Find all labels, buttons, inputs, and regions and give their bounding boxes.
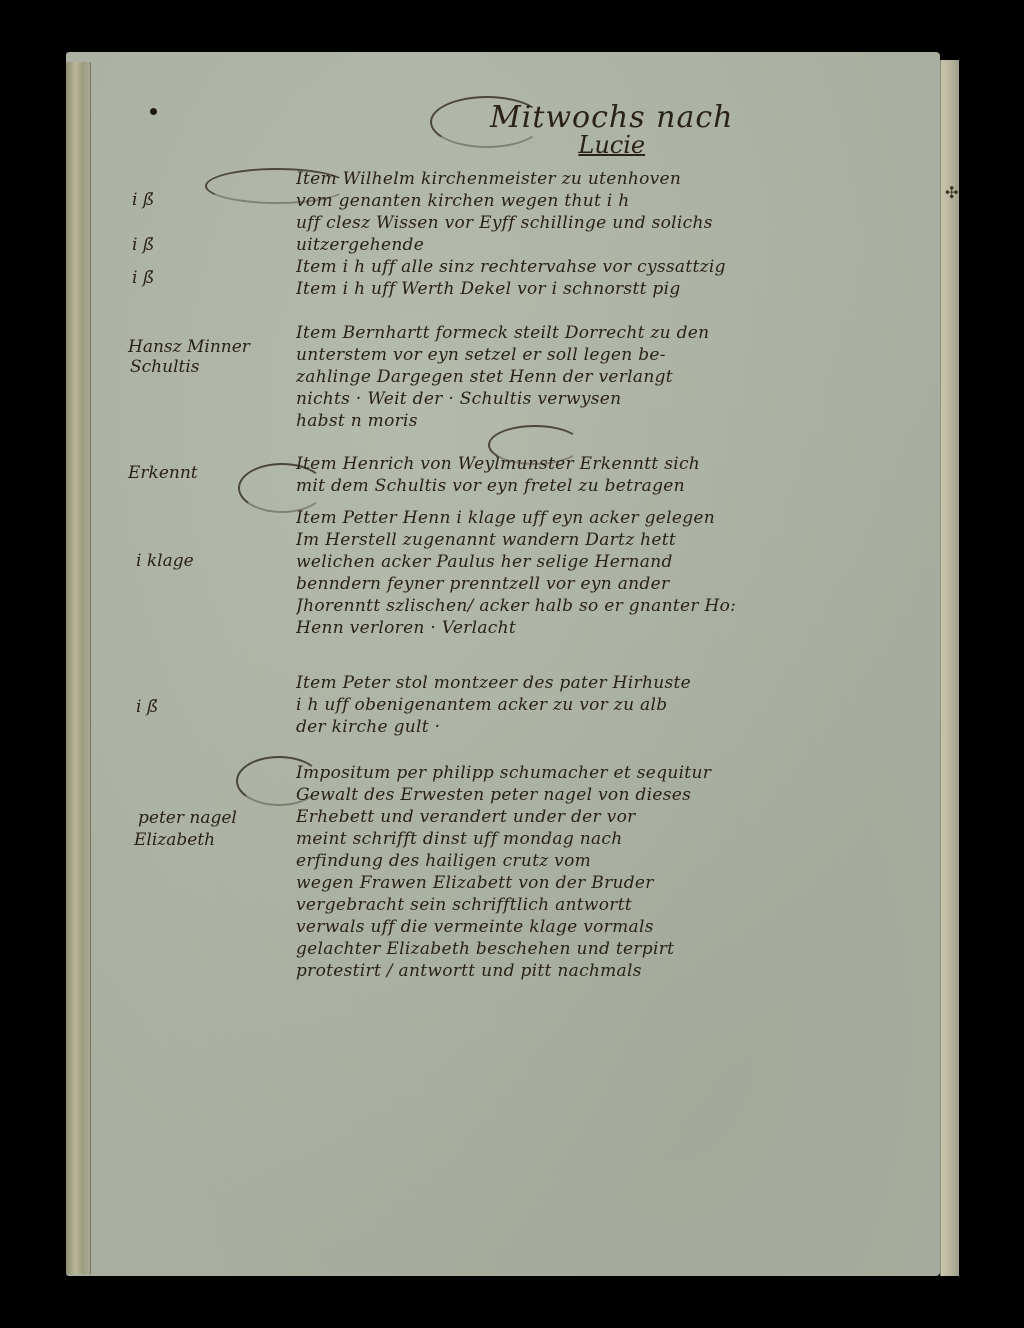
text-line: Erhebett und verandert under der vor	[296, 806, 936, 828]
entry-6: Item Peter stol montzeer des pater Hirhu…	[296, 672, 936, 738]
entry-1: Item Wilhelm kirchenmeister zu utenhoven…	[296, 168, 936, 256]
text-line: Item i h uff Werth Dekel vor i schnorstt…	[296, 278, 936, 300]
entry-3: Item Bernhartt formeck steilt Dorrecht z…	[296, 322, 936, 432]
margin-note: Schultis	[130, 357, 200, 377]
text-line: uff clesz Wissen vor Eyff schillinge und…	[296, 212, 936, 234]
margin-note: Hansz Minner	[128, 337, 250, 357]
text-line: zahlinge Dargegen stet Henn der verlangt	[296, 366, 936, 388]
text-line: nichts · Weit der · Schultis verwysen	[296, 388, 936, 410]
margin-note: i ß̄	[136, 697, 158, 717]
margin-note: i klage	[136, 551, 194, 571]
text-line: erfindung des hailigen crutz vom	[296, 850, 936, 872]
gutter-edge-right	[940, 60, 959, 1276]
margin-note: Erkennt	[128, 463, 198, 483]
text-line: Item Wilhelm kirchenmeister zu utenhoven	[296, 168, 936, 190]
text-line: protestirt / antwortt und pitt nachmals	[296, 960, 936, 982]
edge-mark-icon: ✣	[945, 183, 958, 202]
entry-2: Item i h uff alle sinz rechtervahse vor …	[296, 256, 936, 300]
margin-note: i ß̄	[132, 235, 154, 255]
text-line: Impositum per philipp schumacher et sequ…	[296, 762, 936, 784]
text-line: Item Petter Henn i klage uff eyn acker g…	[296, 507, 936, 529]
margin-note: i ß̄	[132, 190, 154, 210]
text-line: Item Peter stol montzeer des pater Hirhu…	[296, 672, 936, 694]
text-line: Item Bernhartt formeck steilt Dorrecht z…	[296, 322, 936, 344]
text-line: Henn verloren · Verlacht	[296, 617, 936, 639]
text-line: vom genanten kirchen wegen thut i h	[296, 190, 936, 212]
text-line: Item i h uff alle sinz rechtervahse vor …	[296, 256, 936, 278]
text-line: Gewalt des Erwesten peter nagel von dies…	[296, 784, 936, 806]
text-line: Im Herstell zugenannt wandern Dartz hett	[296, 529, 936, 551]
margin-note: Elizabeth	[134, 830, 215, 850]
text-line: verwals uff die vermeinte klage vormals	[296, 916, 936, 938]
entry-7: Impositum per philipp schumacher et sequ…	[296, 762, 936, 982]
margin-note: peter nagel	[138, 808, 237, 828]
text-line: i h uff obenigenantem acker zu vor zu al…	[296, 694, 936, 716]
text-line: wegen Frawen Elizabett von der Bruder	[296, 872, 936, 894]
binding-edge-left	[66, 62, 91, 1274]
text-line: vergebracht sein schrifftlich antwortt	[296, 894, 936, 916]
text-line: uitzergehende	[296, 234, 936, 256]
margin-note: i ß̄	[132, 268, 154, 288]
text-line: habst n moris	[296, 410, 936, 432]
entry-4: Item Henrich von Weylmunster Erkenntt si…	[296, 453, 936, 497]
text-line: benndern feyner prenntzell vor eyn ander	[296, 573, 936, 595]
text-line: der kirche gult ·	[296, 716, 936, 738]
flourish-loop-heading	[430, 96, 544, 148]
text-line: Item Henrich von Weylmunster Erkenntt si…	[296, 453, 936, 475]
text-line: mit dem Schultis vor eyn fretel zu betra…	[296, 475, 936, 497]
text-line: welichen acker Paulus her selige Hernand	[296, 551, 936, 573]
entry-5: Item Petter Henn i klage uff eyn acker g…	[296, 507, 936, 639]
text-line: unterstem vor eyn setzel er soll legen b…	[296, 344, 936, 366]
text-line: meint schrifft dinst uff mondag nach	[296, 828, 936, 850]
ink-dot	[150, 108, 157, 115]
text-line: gelachter Elizabeth beschehen und terpir…	[296, 938, 936, 960]
text-line: Jhorenntt szlischen/ acker halb so er gn…	[296, 595, 936, 617]
